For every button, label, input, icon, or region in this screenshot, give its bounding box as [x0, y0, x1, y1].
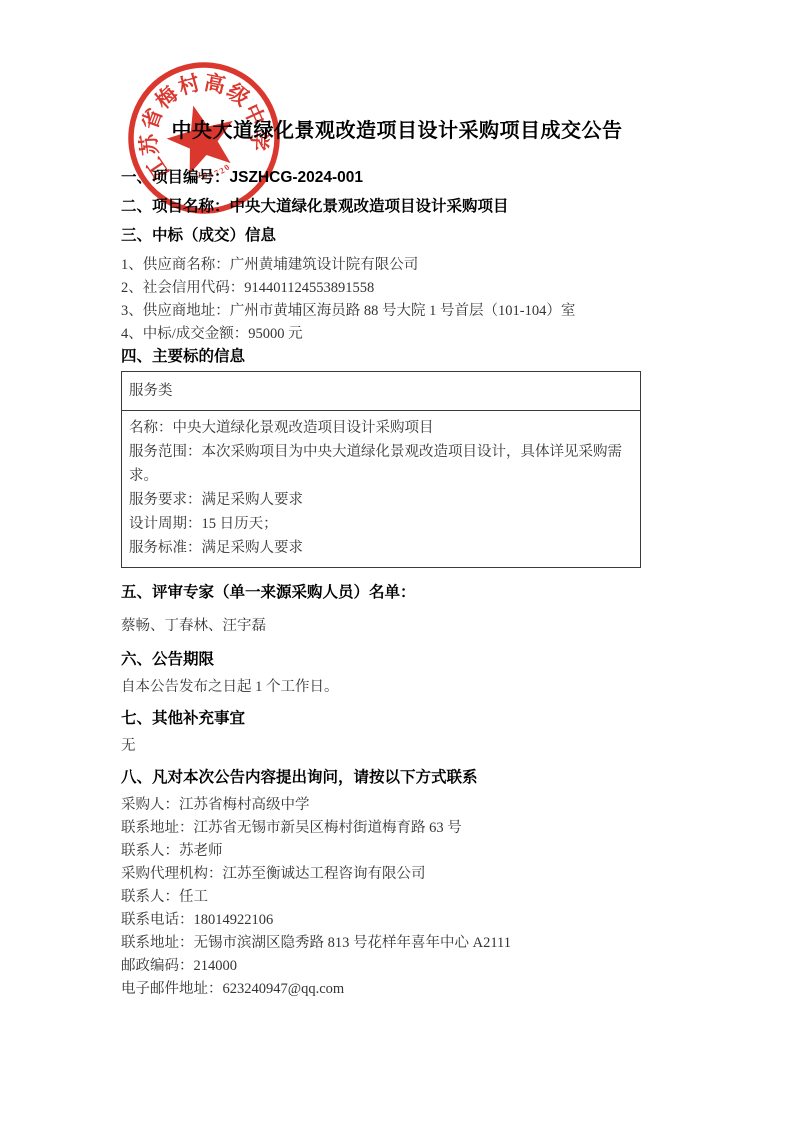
award-info-list: 1、供应商名称：广州黄埔建筑设计院有限公司 2、社会信用代码：914401124…	[121, 254, 673, 346]
other-matters-text: 无	[121, 736, 673, 756]
purchaser-line: 采购人：江苏省梅村高级中学	[121, 794, 673, 817]
section-heading-experts: 五、评审专家（单一来源采购人员）名单：	[121, 582, 673, 603]
agency-line: 采购代理机构：江苏至衡诚达工程咨询有限公司	[121, 863, 673, 886]
email-line: 电子邮件地址：623240947@qq.com	[121, 978, 673, 1001]
subject-name-line: 名称：中央大道绿化景观改造项目设计采购项目	[129, 416, 633, 440]
section-heading-contact: 八、凡对本次公告内容提出询问，请按以下方式联系	[121, 767, 673, 788]
section-heading-other-matters: 七、其他补充事宜	[121, 708, 673, 729]
credit-code-line: 2、社会信用代码：914401124553891558	[121, 277, 673, 300]
agency-address-line: 联系地址：无锡市滨湖区隐秀路 813 号花样年喜年中心 A2111	[121, 932, 673, 955]
service-standard-line: 服务标准：满足采购人要求	[129, 536, 633, 560]
announcement-period-text: 自本公告发布之日起 1 个工作日。	[121, 677, 673, 697]
expert-names: 蔡畅、丁春林、汪宇磊	[121, 616, 673, 637]
service-scope-line: 服务范围：本次采购项目为中央大道绿化景观改造项目设计，具体详见采购需求。	[129, 440, 633, 488]
section-heading-award-info: 三、中标（成交）信息	[121, 225, 673, 246]
table-body-cell: 名称：中央大道绿化景观改造项目设计采购项目 服务范围：本次采购项目为中央大道绿化…	[122, 411, 641, 568]
supplier-address-line: 3、供应商地址：广州市黄埔区海员路 88 号大院 1 号首层（101-104）室	[121, 300, 673, 323]
section-heading-project-number: 一、项目编号：JSZHCG-2024-001	[121, 167, 673, 188]
service-requirement-line: 服务要求：满足采购人要求	[129, 488, 633, 512]
purchaser-address-line: 联系地址：江苏省无锡市新吴区梅村街道梅育路 63 号	[121, 817, 673, 840]
contact-block: 采购人：江苏省梅村高级中学 联系地址：江苏省无锡市新吴区梅村街道梅育路 63 号…	[121, 794, 673, 1001]
table-header-row: 服务类	[122, 372, 641, 411]
postal-code-line: 邮政编码：214000	[121, 955, 673, 978]
design-period-line: 设计周期：15 日历天；	[129, 512, 633, 536]
award-amount-line: 4、中标/成交金额：95000 元	[121, 323, 673, 346]
supplier-name-line: 1、供应商名称：广州黄埔建筑设计院有限公司	[121, 254, 673, 277]
table-row: 名称：中央大道绿化景观改造项目设计采购项目 服务范围：本次采购项目为中央大道绿化…	[122, 411, 641, 568]
table-header-cell: 服务类	[122, 372, 641, 411]
doc-title: 中央大道绿化景观改造项目设计采购项目成交公告	[121, 118, 673, 145]
document-body: 中央大道绿化景观改造项目设计采购项目成交公告 一、项目编号：JSZHCG-202…	[121, 0, 673, 1001]
section-heading-announcement-period: 六、公告期限	[121, 649, 673, 670]
agency-phone-line: 联系电话：18014922106	[121, 909, 673, 932]
agency-contact-line: 联系人：任工	[121, 886, 673, 909]
section-heading-project-name: 二、项目名称：中央大道绿化景观改造项目设计采购项目	[121, 196, 673, 217]
purchaser-contact-line: 联系人：苏老师	[121, 840, 673, 863]
document-page: 江苏省梅村高级中学 1047205 中央大道绿化景观改造项目设计采购项目成交公告…	[0, 0, 794, 1123]
section-heading-subject-info: 四、主要标的信息	[121, 346, 673, 367]
subject-info-table: 服务类 名称：中央大道绿化景观改造项目设计采购项目 服务范围：本次采购项目为中央…	[121, 371, 641, 568]
